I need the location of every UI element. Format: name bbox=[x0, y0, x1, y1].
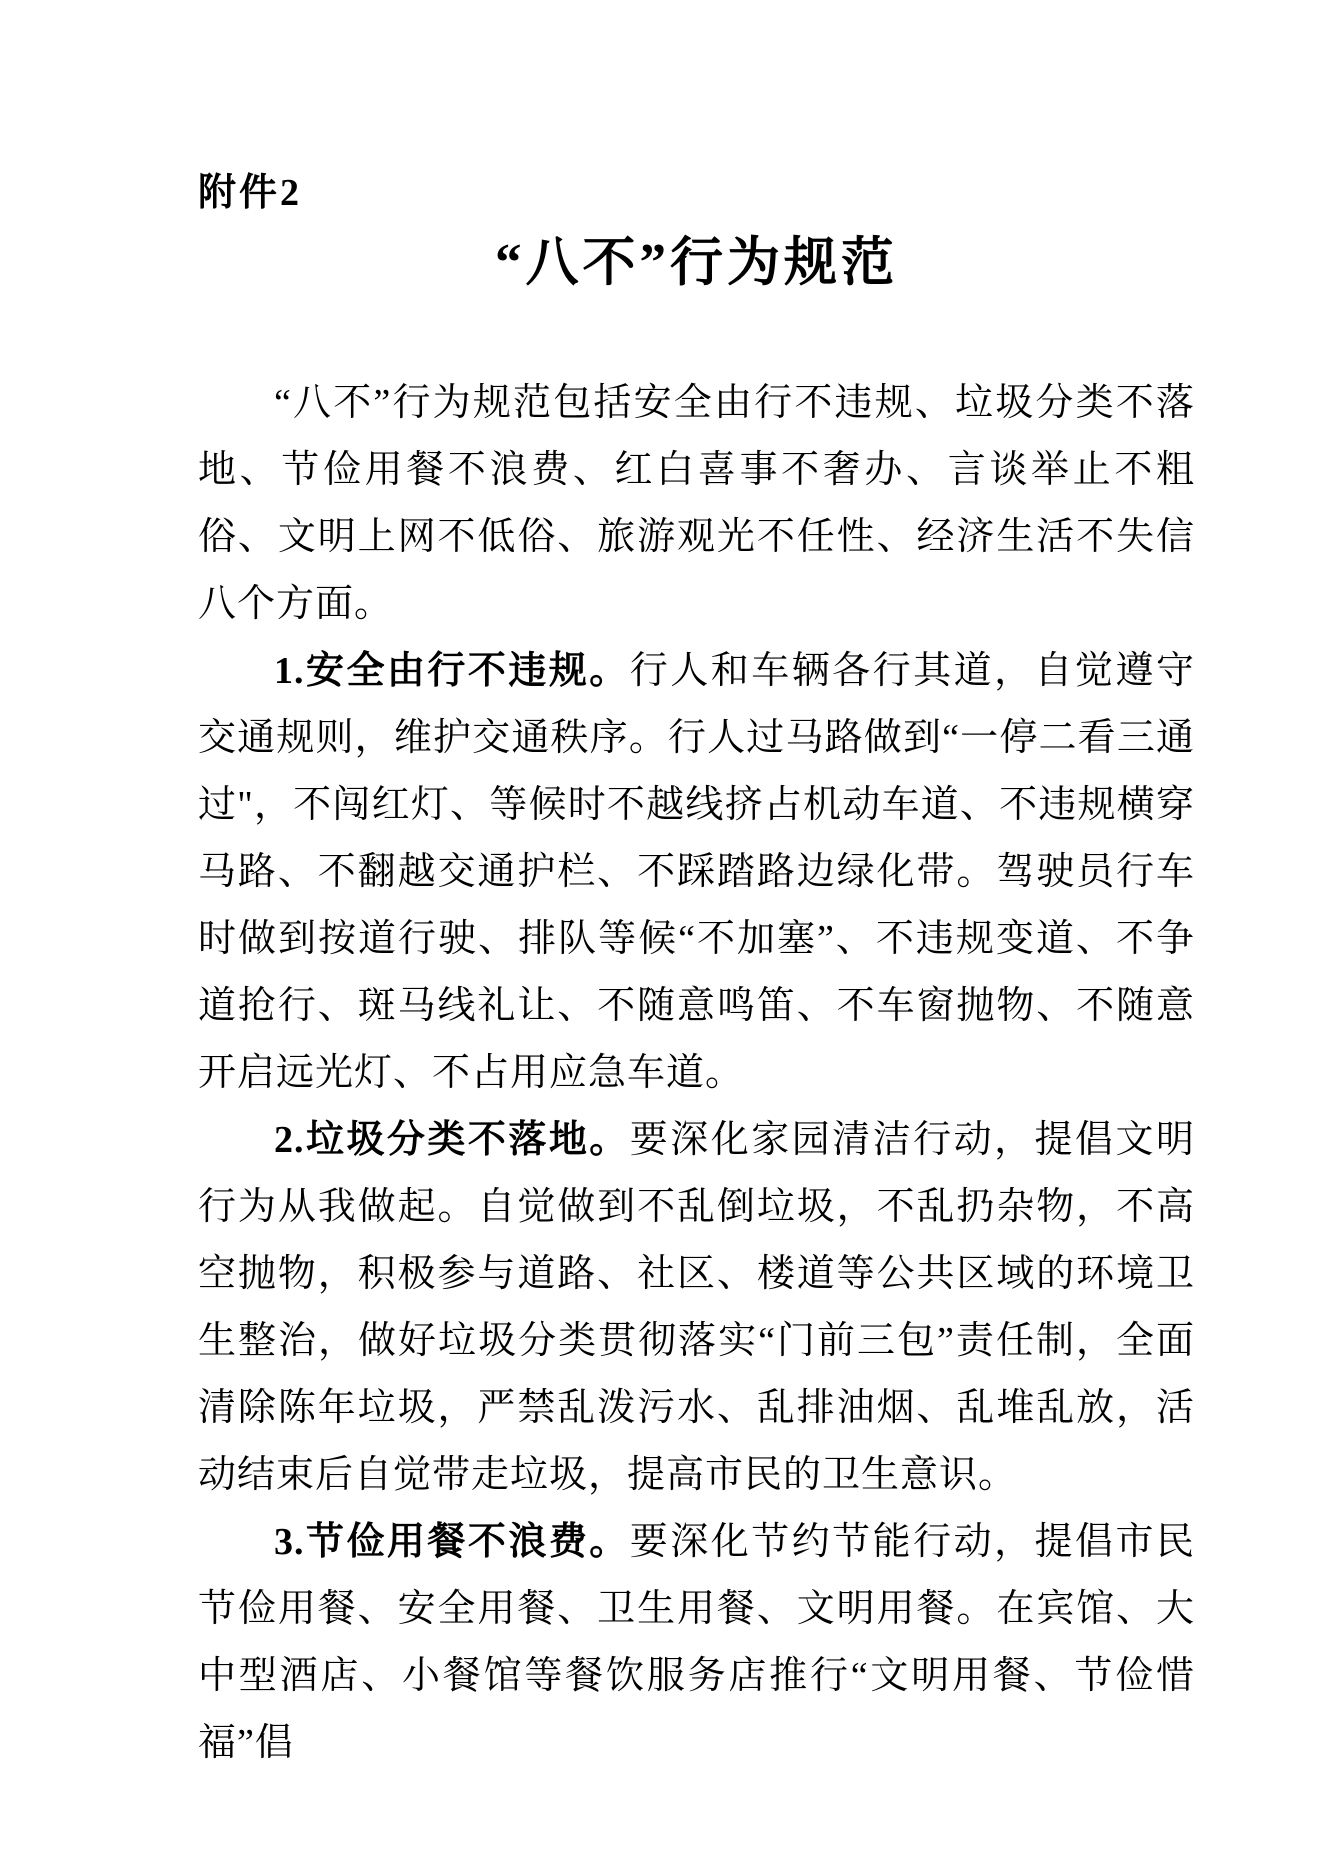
paragraph-text: 要深化家园清洁行动，提倡文明行为从我做起。自觉做到不乱倒垃圾，不乱扔杂物，不高空… bbox=[198, 1119, 1195, 1496]
section-heading: 2.垃圾分类不落地。 bbox=[274, 1119, 630, 1161]
paragraph-text: “八不”行为规范包括安全由行不违规、垃圾分类不落地、节俭用餐不浪费、红白喜事不奢… bbox=[198, 382, 1195, 625]
section-heading: 1.安全由行不违规。 bbox=[274, 650, 630, 692]
document-content: 附件2 “八不”行为规范 “八不”行为规范包括安全由行不违规、垃圾分类不落地、节… bbox=[198, 0, 1195, 1777]
paragraph-text: 行人和车辆各行其道，自觉遵守交通规则，维护交通秩序。行人过马路做到“一停二看三通… bbox=[198, 650, 1195, 1094]
page-title: “八不”行为规范 bbox=[198, 232, 1195, 294]
paragraph-section-1: 1.安全由行不违规。行人和车辆各行其道，自觉遵守交通规则，维护交通秩序。行人过马… bbox=[198, 638, 1195, 1107]
paragraph-intro: “八不”行为规范包括安全由行不违规、垃圾分类不落地、节俭用餐不浪费、红白喜事不奢… bbox=[198, 370, 1195, 638]
document-body: “八不”行为规范包括安全由行不违规、垃圾分类不落地、节俭用餐不浪费、红白喜事不奢… bbox=[198, 370, 1195, 1777]
paragraph-section-2: 2.垃圾分类不落地。要深化家园清洁行动，提倡文明行为从我做起。自觉做到不乱倒垃圾… bbox=[198, 1107, 1195, 1509]
attachment-label: 附件2 bbox=[198, 170, 1195, 216]
document-page: 附件2 “八不”行为规范 “八不”行为规范包括安全由行不违规、垃圾分类不落地、节… bbox=[0, 0, 1323, 1871]
section-heading: 3.节俭用餐不浪费。 bbox=[274, 1521, 630, 1563]
paragraph-section-3: 3.节俭用餐不浪费。要深化节约节能行动，提倡市民节俭用餐、安全用餐、卫生用餐、文… bbox=[198, 1509, 1195, 1777]
